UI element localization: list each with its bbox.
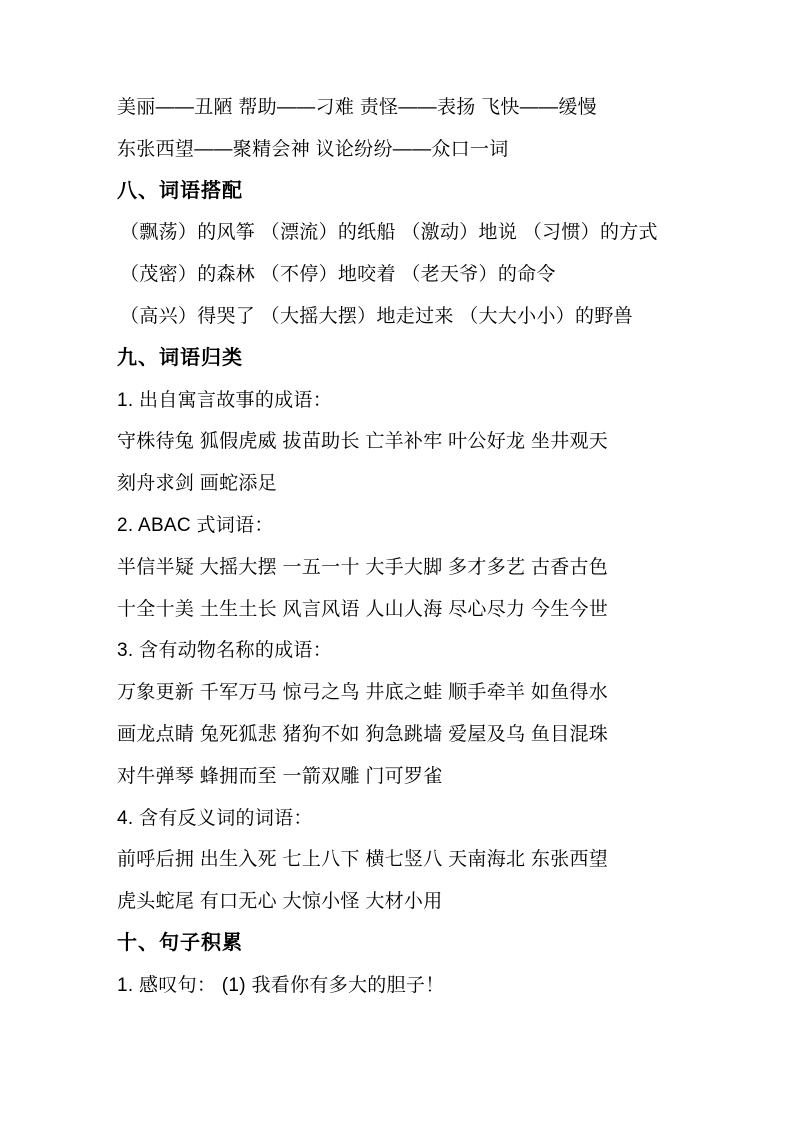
text-line: 万象更新 千军万马 惊弓之鸟 井底之蛙 顺手牵羊 如鱼得水 <box>117 672 733 714</box>
section-heading: 九、词语归类 <box>117 338 733 380</box>
text-line: 2. ABAC 式词语： <box>117 505 733 547</box>
text-line: （高兴）得哭了 （大摇大摆）地走过来 （大大小小）的野兽 <box>117 296 733 338</box>
text-line: （飘荡）的风筝 （漂流）的纸船 （激动）地说 （习惯）的方式 <box>117 212 733 254</box>
text-line: 前呼后拥 出生入死 七上八下 横七竖八 天南海北 东张西望 <box>117 839 733 881</box>
text-line: 1. 出自寓言故事的成语： <box>117 380 733 422</box>
document-content: 美丽——丑陋 帮助——刁难 责怪——表扬 飞快——缓慢东张西望——聚精会神 议论… <box>117 87 733 1007</box>
text-line: 对牛弹琴 蜂拥而至 一箭双雕 门可罗雀 <box>117 756 733 798</box>
text-line: 3. 含有动物名称的成语： <box>117 630 733 672</box>
text-line: 东张西望——聚精会神 议论纷纷——众口一词 <box>117 129 733 171</box>
text-line: 刻舟求剑 画蛇添足 <box>117 463 733 505</box>
text-line: 4. 含有反义词的词语： <box>117 798 733 840</box>
text-line: 画龙点睛 兔死狐悲 猪狗不如 狗急跳墙 爱屋及乌 鱼目混珠 <box>117 714 733 756</box>
text-line: 半信半疑 大摇大摆 一五一十 大手大脚 多才多艺 古香古色 <box>117 547 733 589</box>
text-line: 守株待兔 狐假虎威 拔苗助长 亡羊补牢 叶公好龙 坐井观天 <box>117 421 733 463</box>
section-heading: 十、句子积累 <box>117 923 733 965</box>
section-heading: 八、词语搭配 <box>117 171 733 213</box>
text-line: 虎头蛇尾 有口无心 大惊小怪 大材小用 <box>117 881 733 923</box>
text-line: 1. 感叹句： (1) 我看你有多大的胆子！ <box>117 965 733 1007</box>
document-page: 美丽——丑陋 帮助——刁难 责怪——表扬 飞快——缓慢东张西望——聚精会神 议论… <box>0 0 793 1122</box>
text-line: 美丽——丑陋 帮助——刁难 责怪——表扬 飞快——缓慢 <box>117 87 733 129</box>
text-line: 十全十美 土生土长 风言风语 人山人海 尽心尽力 今生今世 <box>117 589 733 631</box>
text-line: （茂密）的森林 （不停）地咬着 （老天爷）的命令 <box>117 254 733 296</box>
